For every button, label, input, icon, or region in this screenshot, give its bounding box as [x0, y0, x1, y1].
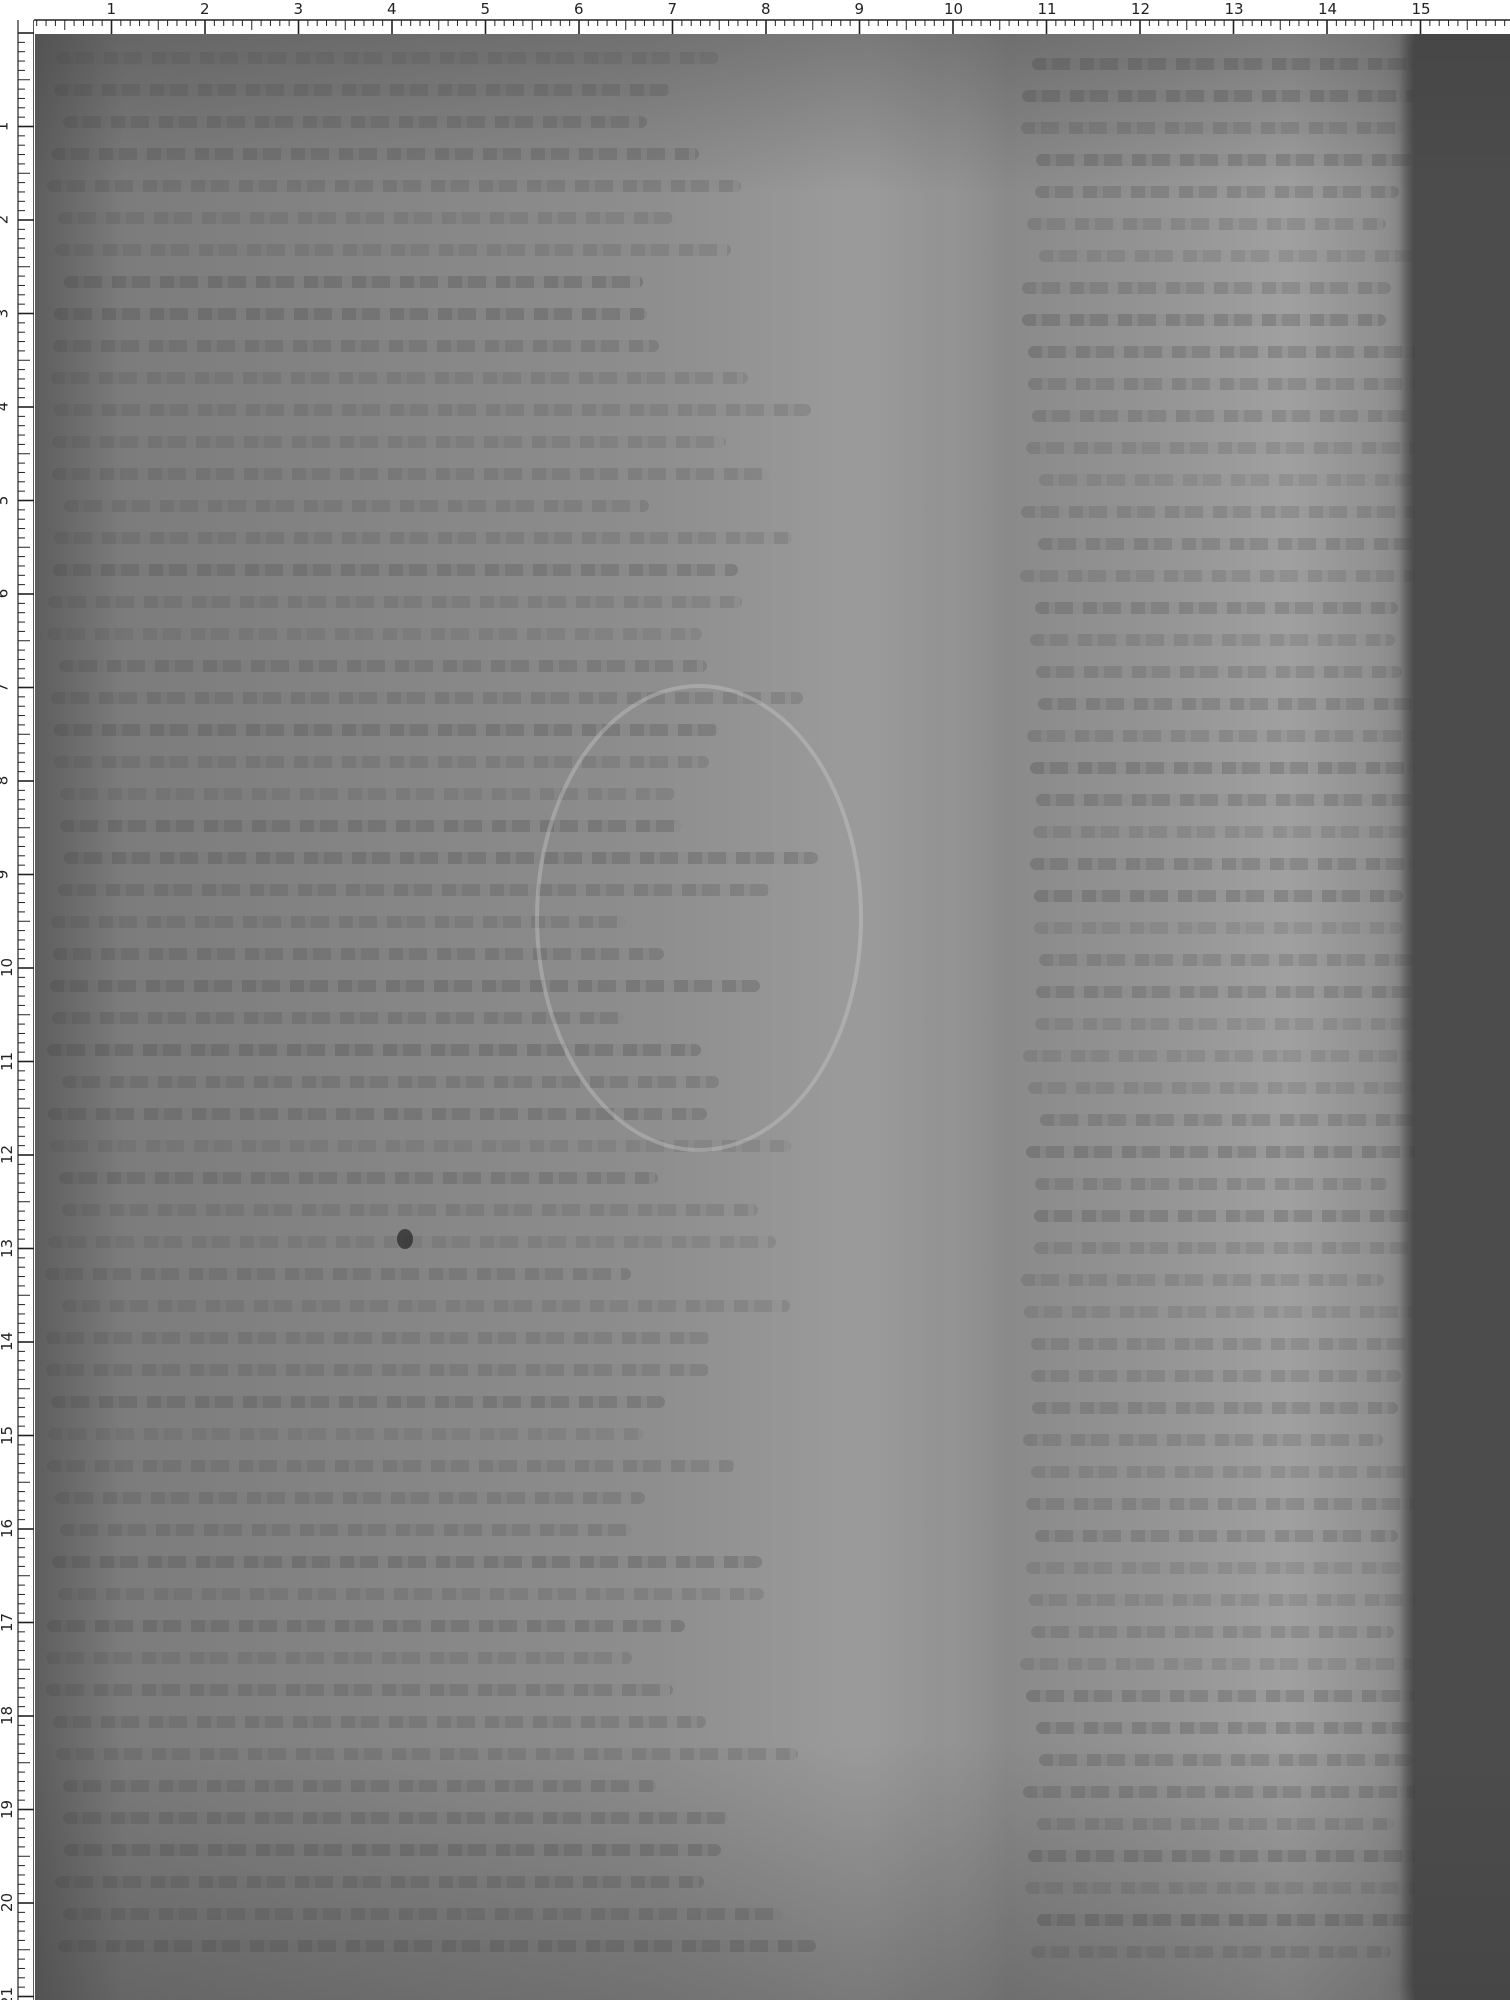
ruler-top-label: 2: [200, 2, 210, 17]
right-edge-strip: [1415, 34, 1510, 2000]
text-line: [1036, 666, 1402, 678]
text-line: [62, 1300, 790, 1312]
text-line: [1031, 1626, 1395, 1638]
text-line: [1038, 698, 1455, 710]
text-line: [52, 1556, 762, 1568]
text-line: [55, 1492, 646, 1504]
text-line: [46, 1652, 632, 1664]
ruler-left-label: 13: [0, 1238, 15, 1257]
text-line: [52, 468, 769, 480]
text-line: [1032, 410, 1457, 422]
text-line: [1030, 762, 1419, 774]
text-line: [1020, 1658, 1455, 1670]
shade-top: [35, 34, 1510, 194]
text-line: [1032, 1402, 1397, 1414]
ruler-left-label: 21: [0, 1986, 15, 2000]
text-line: [58, 212, 673, 224]
text-line: [1029, 1594, 1429, 1606]
ruler-top-label: 11: [1038, 2, 1057, 17]
text-line: [1021, 506, 1475, 518]
text-line: [46, 1684, 674, 1696]
text-line: [54, 532, 792, 544]
text-line: [1031, 1338, 1474, 1350]
text-line: [1031, 1466, 1435, 1478]
text-line: [45, 1268, 631, 1280]
text-line: [1022, 314, 1386, 326]
text-line: [1026, 1690, 1454, 1702]
text-line: [59, 1172, 658, 1184]
ruler-top: 01234567891011121314151: [0, 0, 1510, 34]
text-line: [1035, 1018, 1420, 1030]
text-line: [1031, 1370, 1401, 1382]
text-line: [1021, 1274, 1384, 1286]
text-line: [51, 372, 749, 384]
text-line: [1030, 634, 1395, 646]
text-line: [1039, 250, 1463, 262]
text-line: [1035, 602, 1398, 614]
ruler-left-label: 2: [0, 215, 10, 225]
text-line: [53, 340, 659, 352]
text-line: [1035, 1530, 1398, 1542]
text-line: [52, 1012, 623, 1024]
ruler-left-label: 8: [0, 776, 10, 786]
ruler-left-ticks: [0, 0, 34, 2000]
ruler-top-label: 6: [574, 2, 584, 17]
ruler-left-label: 10: [0, 958, 15, 977]
ruler-top-label: 3: [294, 2, 304, 17]
text-line: [1028, 1082, 1458, 1094]
text-line: [1026, 1146, 1422, 1158]
ruler-left-label: 5: [0, 495, 10, 505]
ruler-left-label: 6: [0, 589, 10, 599]
text-line: [1027, 730, 1474, 742]
ink-blot: [397, 1229, 413, 1249]
text-line: [1038, 538, 1436, 550]
text-line: [1034, 890, 1403, 902]
text-line: [1023, 1434, 1383, 1446]
ruler-top-label: 9: [855, 2, 865, 17]
text-line: [64, 276, 644, 288]
ruler-top-label: 10: [944, 2, 963, 17]
ruler-top-label: 7: [668, 2, 678, 17]
text-line: [1022, 282, 1392, 294]
text-line: [52, 436, 726, 448]
text-line: [1026, 1562, 1403, 1574]
ruler-left-label: 9: [0, 869, 10, 879]
ruler-top-label: 5: [481, 2, 491, 17]
text-line: [1040, 1114, 1438, 1126]
text-line: [47, 628, 703, 640]
text-line: [54, 404, 811, 416]
ruler-left: 123456789101112131415161718192021: [0, 0, 34, 2000]
text-line: [48, 596, 742, 608]
text-line: [1030, 858, 1439, 870]
ruler-left-label: 11: [0, 1051, 15, 1070]
text-line: [59, 660, 707, 672]
text-line: [46, 1332, 710, 1344]
text-line: [55, 244, 731, 256]
ruler-top-ticks: [0, 0, 1510, 34]
text-line: [62, 1204, 757, 1216]
text-line: [1034, 1210, 1473, 1222]
ruler-left-label: 19: [0, 1799, 15, 1818]
text-line: [54, 308, 647, 320]
ruler-left-label: 14: [0, 1332, 15, 1351]
ruler-top-label: 12: [1131, 2, 1150, 17]
ruler-left-label: 20: [0, 1893, 15, 1912]
ruler-left-label: 1: [0, 121, 10, 131]
text-line: [60, 1524, 632, 1536]
text-line: [53, 564, 738, 576]
ruler-top-label: 15: [1412, 2, 1431, 17]
text-line: [1020, 570, 1450, 582]
ruler-left-label: 17: [0, 1612, 15, 1631]
ruler-left-label: 7: [0, 682, 10, 692]
stain-ring: [535, 684, 863, 1152]
text-line: [1035, 1178, 1389, 1190]
text-line: [1026, 1498, 1454, 1510]
ruler-left-label: 15: [0, 1425, 15, 1444]
text-line: [1026, 442, 1425, 454]
text-line: [1023, 1050, 1465, 1062]
ruler-left-label: 3: [0, 308, 10, 318]
text-line: [53, 1716, 707, 1728]
text-line: [51, 1396, 665, 1408]
ruler-top-label: 1: [107, 2, 117, 17]
text-line: [1036, 1722, 1427, 1734]
ruler-top-label: 8: [761, 2, 771, 17]
ruler-top-label: 13: [1225, 2, 1244, 17]
ruler-left-label: 16: [0, 1519, 15, 1538]
text-line: [1024, 1306, 1442, 1318]
ruler-left-label: 12: [0, 1145, 15, 1164]
text-line: [58, 1588, 764, 1600]
ruler-top-label: 14: [1318, 2, 1337, 17]
ruler-top-label: 4: [387, 2, 397, 17]
text-line: [48, 1428, 644, 1440]
text-line: [47, 1620, 685, 1632]
text-line: [1036, 794, 1445, 806]
text-line: [64, 500, 649, 512]
text-line: [47, 1460, 736, 1472]
text-line: [1039, 474, 1471, 486]
text-line: [46, 1364, 709, 1376]
ruler-left-label: 18: [0, 1706, 15, 1725]
shade-bottom: [35, 1740, 1510, 2000]
text-line: [1033, 826, 1471, 838]
text-line: [1027, 218, 1387, 230]
ruler-left-label: 4: [0, 402, 10, 412]
text-line: [1034, 922, 1403, 934]
manuscript-scan: [35, 34, 1510, 2000]
